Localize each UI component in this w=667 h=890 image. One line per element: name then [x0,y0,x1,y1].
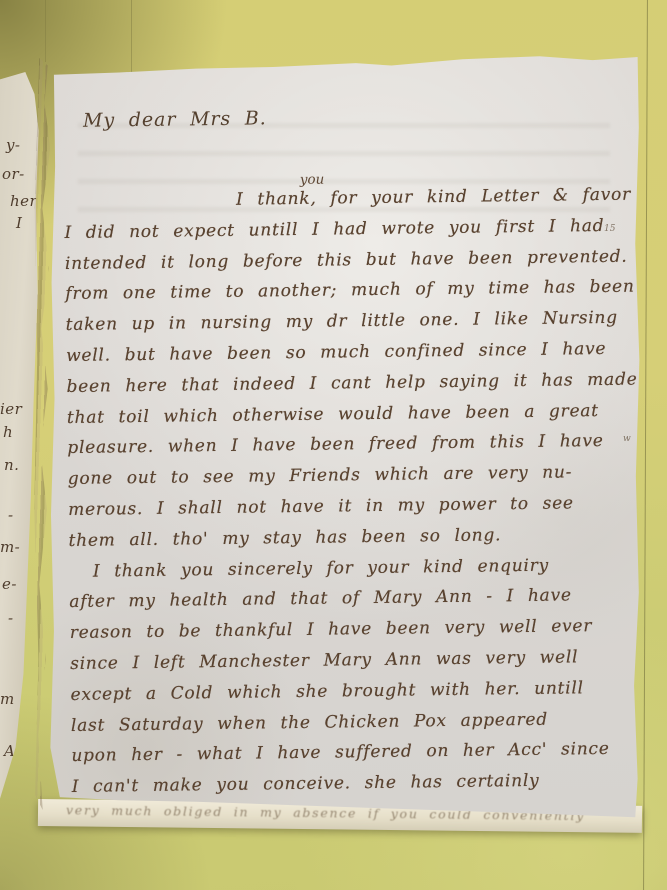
handwriting-fragment: h [3,423,13,441]
handwriting-fragment: I [16,214,22,232]
letter-page: My dear Mrs B. you I thank, for your kin… [48,50,640,825]
handwriting-fragment: or- [2,165,25,183]
handwriting-fragment: n. [4,456,19,474]
interlinear-insertion: you [300,172,325,188]
edge-mark: 15 [604,224,615,234]
handwriting-fragment: m [0,690,15,708]
salutation: My dear Mrs B. [83,107,267,131]
handwriting-fragment: - [8,609,14,627]
handwriting-fragment: m- [0,538,20,556]
handwriting-fragment: A. [4,742,21,760]
handwriting-fragment: y- [6,136,20,154]
letter-body: My dear Mrs B. you I thank, for your kin… [64,185,638,808]
handwriting-fragment: e- [2,575,17,593]
mat-crease-right [643,0,648,890]
edge-mark: w [623,434,631,444]
letter-photograph: y-or-hereIierhn.-m-e--mA.y very much obl… [0,0,667,890]
handwriting-fragment: y [8,775,17,793]
mat-crease-above-binding [45,0,46,62]
binding-torn-edge [33,58,54,810]
body-lines: I thank, for your kind Letter & favorI d… [64,185,638,808]
handwriting-fragment: ier [0,400,22,418]
mat-crease-top-left [131,0,132,82]
handwriting-fragment: - [8,506,14,524]
